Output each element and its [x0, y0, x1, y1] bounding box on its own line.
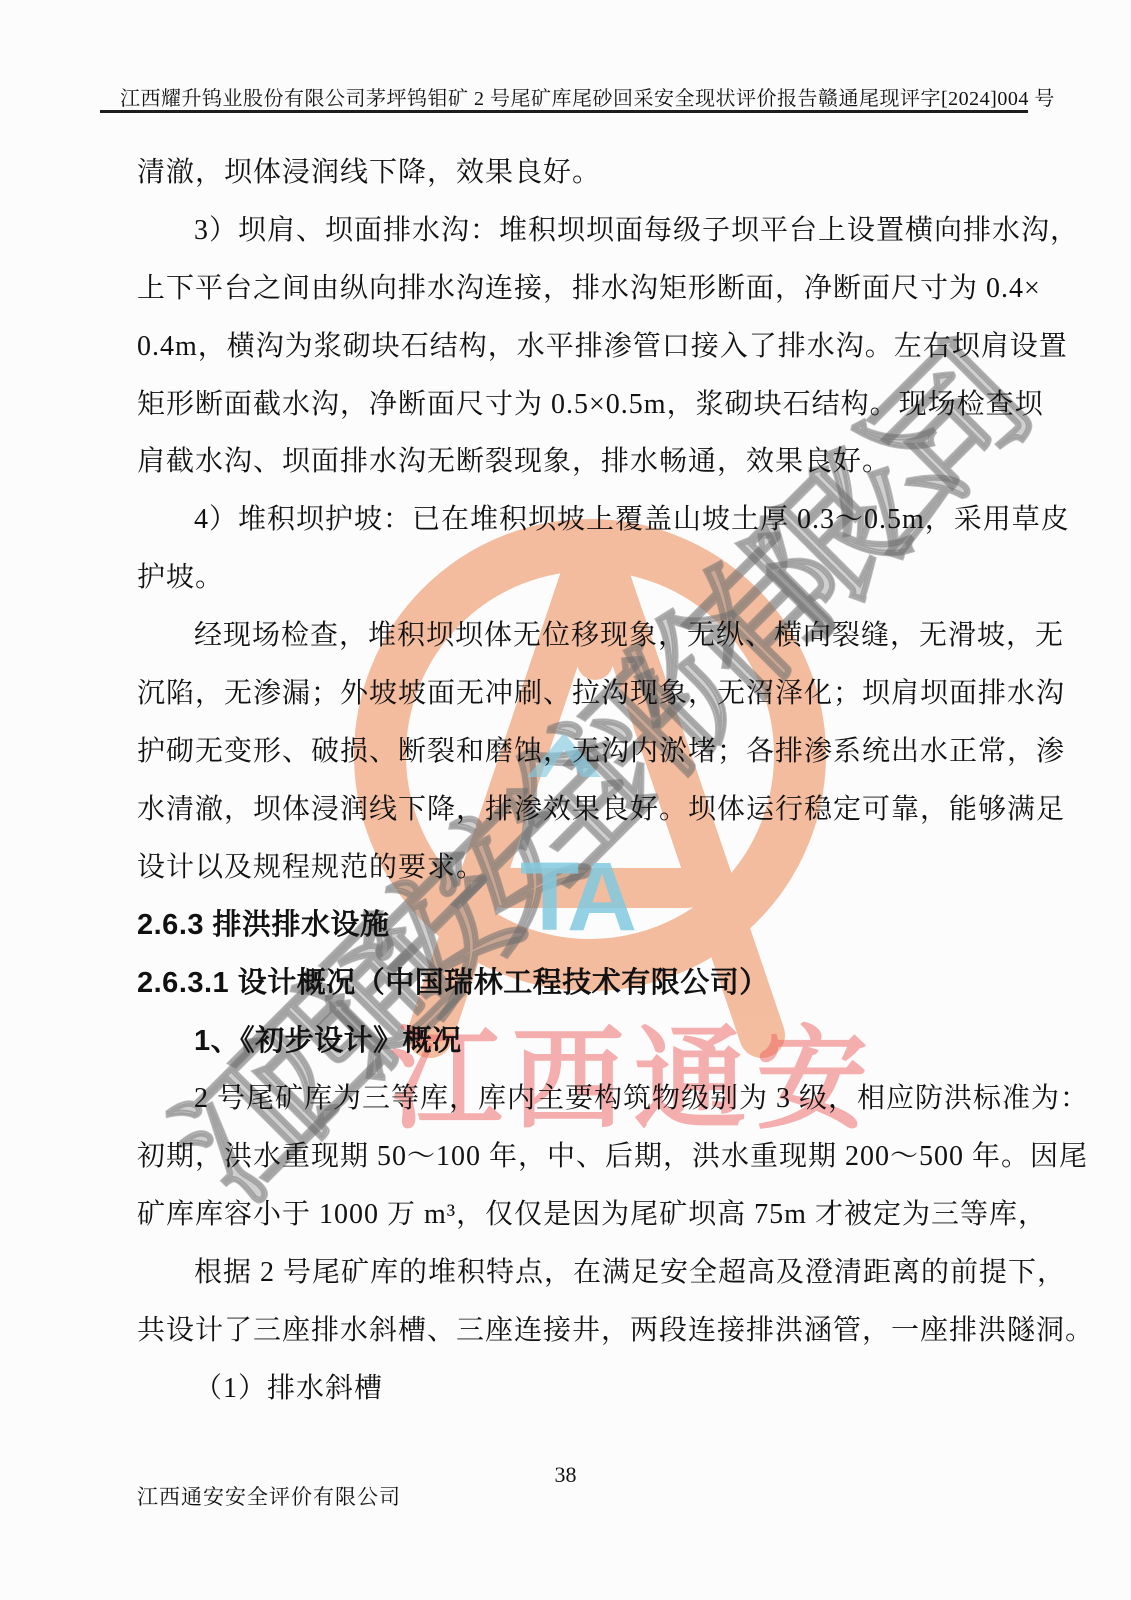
body-line: 3）坝肩、坝面排水沟：堆积坝坝面每级子坝平台上设置横向排水沟，	[137, 199, 1037, 257]
body-line: 上下平台之间由纵向排水沟连接，排水沟矩形断面，净断面尺寸为 0.4×	[137, 257, 1037, 315]
body-line: 沉陷，无渗漏；外坡坡面无冲刷、拉沟现象，无沼泽化；坝肩坝面排水沟	[137, 662, 1037, 720]
body-line: 护坡。	[137, 546, 1037, 604]
body-line: 0.4m，横沟为浆砌块石结构，水平排渗管口接入了排水沟。左右坝肩设置	[137, 315, 1037, 373]
body-line: 2 号尾矿库为三等库，库内主要构筑物级别为 3 级，相应防洪标准为：	[137, 1067, 1037, 1125]
body-line: 护砌无变形、破损、断裂和磨蚀，无沟内淤堵；各排渗系统出水正常，渗	[137, 720, 1037, 778]
body-line: （1）排水斜槽	[137, 1357, 1037, 1415]
section-heading: 2.6.3 排洪排水设施	[137, 894, 1037, 952]
body-line: 矿库库容小于 1000 万 m³，仅仅是因为尾矿坝高 75m 才被定为三等库，	[137, 1183, 1037, 1241]
body-line: 共设计了三座排水斜槽、三座连接井，两段连接排洪涵管，一座排洪隧洞。	[137, 1299, 1037, 1357]
body-line: 设计以及规程规范的要求。	[137, 836, 1037, 894]
body-line: 水清澈，坝体浸润线下降，排渗效果良好。坝体运行稳定可靠，能够满足	[137, 778, 1037, 836]
page-header: 江西耀升钨业股份有限公司茅坪钨钼矿 2 号尾矿库尾砂回采安全现状评价报告 赣通尾…	[120, 82, 1003, 111]
body-line: 肩截水沟、坝面排水沟无断裂现象，排水畅通，效果良好。	[137, 430, 1037, 488]
body-line: 经现场检查，堆积坝坝体无位移现象，无纵、横向裂缝，无滑坡，无	[137, 604, 1037, 662]
body-line: 根据 2 号尾矿库的堆积特点，在满足安全超高及澄清距离的前提下，	[137, 1241, 1037, 1299]
footer-company: 江西通安安全评价有限公司	[137, 1481, 401, 1511]
section-heading: 2.6.3.1 设计概况（中国瑞林工程技术有限公司）	[137, 951, 1037, 1009]
document-page: 江西通安安全评价有限公司 TA 江西通安 江西耀升钨业股份有限公司茅坪钨钼矿 2…	[0, 0, 1131, 1600]
body-text: 清澈，坝体浸润线下降，效果良好。 3）坝肩、坝面排水沟：堆积坝坝面每级子坝平台上…	[137, 141, 1037, 1415]
header-rule	[100, 110, 1028, 113]
content-layer: 江西耀升钨业股份有限公司茅坪钨钼矿 2 号尾矿库尾砂回采安全现状评价报告 赣通尾…	[0, 0, 1131, 1600]
sub-heading: 1、《初步设计》概况	[137, 1009, 1037, 1067]
body-line: 矩形断面截水沟，净断面尺寸为 0.5×0.5m，浆砌块石结构。现场检查坝	[137, 373, 1037, 431]
body-line: 4）堆积坝护坡：已在堆积坝坡上覆盖山坡土厚 0.3～0.5m，采用草皮	[137, 488, 1037, 546]
body-line: 初期，洪水重现期 50～100 年，中、后期，洪水重现期 200～500 年。因…	[137, 1125, 1037, 1183]
header-doc-number: 赣通尾现评字[2024]004 号	[818, 82, 1055, 111]
body-line: 清澈，坝体浸润线下降，效果良好。	[137, 141, 1037, 199]
header-report-title: 江西耀升钨业股份有限公司茅坪钨钼矿 2 号尾矿库尾砂回采安全现状评价报告	[120, 82, 818, 111]
